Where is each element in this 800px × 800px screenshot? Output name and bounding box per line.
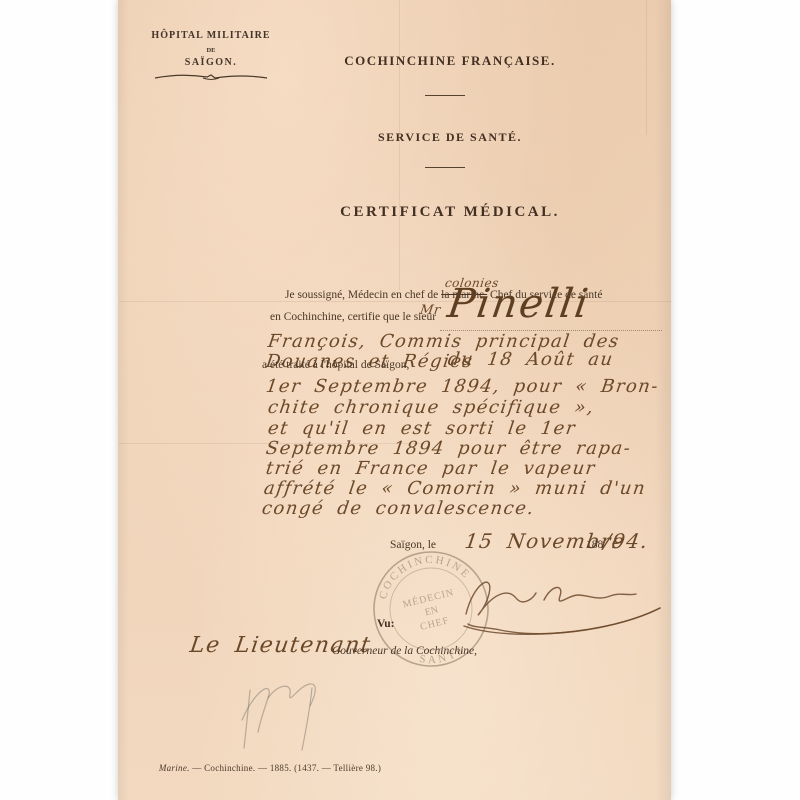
- handwritten-line: et qu'il en est sorti le 1er: [267, 418, 578, 439]
- printed-vu: Vu:: [377, 618, 394, 630]
- stamp-center-text: EN: [424, 604, 440, 618]
- printed-text: en Cochinchine, certifie que le: [270, 311, 411, 323]
- letterhead-swash-ornament: [153, 71, 269, 83]
- divider-rule: [425, 167, 465, 168]
- stamp-center-text: CHEF: [419, 615, 450, 633]
- imprint-footer-marine: Marine.: [159, 763, 190, 773]
- handwritten-line: du 18 Août au: [447, 349, 616, 370]
- printed-paragraph-line2: en Cochinchine, certifie que le sieur Mr: [270, 311, 436, 323]
- handwritten-line: trié en France par le vapeur: [265, 458, 598, 479]
- handwritten-line: Septembre 1894 pour être rapa-: [265, 438, 633, 459]
- letterhead: HÔPITAL MILITAIRE DE SAÏGON.: [148, 30, 274, 88]
- handwritten-year: /94.: [602, 529, 650, 553]
- fold-crease-vertical: [399, 0, 400, 290]
- printed-governor-title: Gouverneur de la Cochinchine,: [332, 645, 477, 657]
- service-heading: SERVICE DE SANTÉ.: [340, 130, 560, 145]
- printed-year-stub: 188: [586, 539, 603, 551]
- letterhead-hospital: HÔPITAL MILITAIRE: [148, 30, 274, 41]
- handwritten-line: chite chronique spécifique »,: [267, 397, 596, 418]
- divider-rule: [425, 95, 465, 96]
- handwritten-line: congé de convalescence.: [261, 498, 537, 519]
- letterhead-de: DE: [148, 47, 274, 54]
- handwritten-line: 1er Septembre 1894, pour « Bron-: [265, 376, 661, 397]
- region-heading: COCHINCHINE FRANÇAISE.: [338, 53, 562, 69]
- printed-treated-at-hospital: a été traité à l'hôpital de Saïgon,: [262, 359, 409, 371]
- pencil-signature: [232, 678, 352, 758]
- printed-text: Je soussigné, Médecin en chef de: [285, 289, 438, 301]
- handwritten-patient-name: Pinelli: [445, 281, 593, 327]
- imprint-footer: Marine. — Cochinchine. — 1885. (1437. — …: [148, 763, 392, 773]
- fold-crease-vertical: [646, 0, 647, 135]
- imprint-footer-rest: — Cochinchine. — 1885. (1437. — Tellière…: [190, 763, 381, 773]
- letterhead-saigon: SAÏGON.: [148, 57, 274, 68]
- scanned-certificate-photo: HÔPITAL MILITAIRE DE SAÏGON. COCHINCHINE…: [0, 0, 800, 800]
- handwritten-monsieur: Mr: [419, 303, 442, 318]
- handwritten-line: affrété le « Comorin » muni d'un: [263, 478, 648, 499]
- certificate-title: CERTIFICAT MÉDICAL.: [318, 204, 582, 221]
- chief-physician-signature: [458, 568, 670, 644]
